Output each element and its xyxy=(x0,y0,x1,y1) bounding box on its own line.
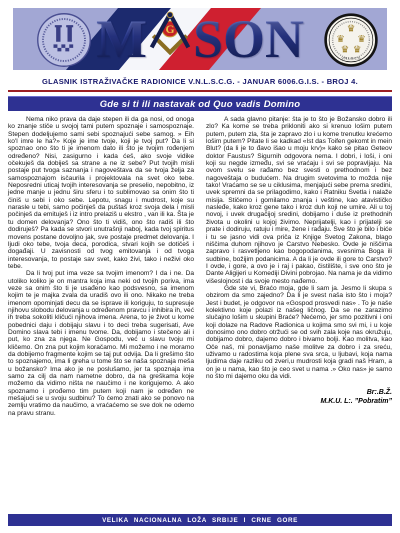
paragraph: A sada glavno pitanje: šta je to što je … xyxy=(206,116,392,285)
masthead-banner: ♛ ♛ ♛ ♛ ♛ V.N.L.S.C.G M G xyxy=(13,8,387,70)
masthead-title-left: M xyxy=(96,9,147,69)
paragraph: Da li tvoj put ima veze sa tvojim imenom… xyxy=(8,270,194,417)
masthead-title: M G SON xyxy=(13,8,387,70)
svg-text:G: G xyxy=(165,22,174,35)
left-column: Nema niko prava da daje stepen ili da ga… xyxy=(8,116,194,508)
footer-bar: VELIKA NACIONALNA LOŽA SRBIJE I CRNE GOR… xyxy=(8,514,392,526)
signature-lodge: M.K.U. L:. ”Pobratim” xyxy=(206,398,392,407)
paragraph: Nema niko prava da daje stepen ili da ga… xyxy=(8,116,194,270)
square-compasses-icon: G xyxy=(145,8,195,65)
article-title-bar: Gde si ti ili nastavak od Quo vadis Domi… xyxy=(8,96,392,111)
article-signature: Br:.B.Ž. M.K.U. L:. ”Pobratim” xyxy=(206,389,392,406)
article-body: Nema niko prava da daje stepen ili da ga… xyxy=(8,116,392,508)
signature-author: Br:.B.Ž. xyxy=(206,389,392,398)
red-divider xyxy=(8,90,392,92)
article-title: Gde si ti ili nastavak od Quo vadis Domi… xyxy=(100,99,301,110)
paragraph: Gde ste vi, Braćo moja, gde li sam ja. J… xyxy=(206,285,392,380)
masthead-title-right: SON xyxy=(193,9,304,69)
footer-text: VELIKA NACIONALNA LOŽA SRBIJE I CRNE GOR… xyxy=(102,517,298,524)
right-column: A sada glavno pitanje: šta je to što je … xyxy=(206,116,392,508)
newsletter-page: ♛ ♛ ♛ ♛ ♛ V.N.L.S.C.G M G xyxy=(0,0,400,533)
newsletter-subtitle: GLASNIK ISTRAŽIVAČKE RADIONICE V.N.L.S.C… xyxy=(0,77,400,86)
